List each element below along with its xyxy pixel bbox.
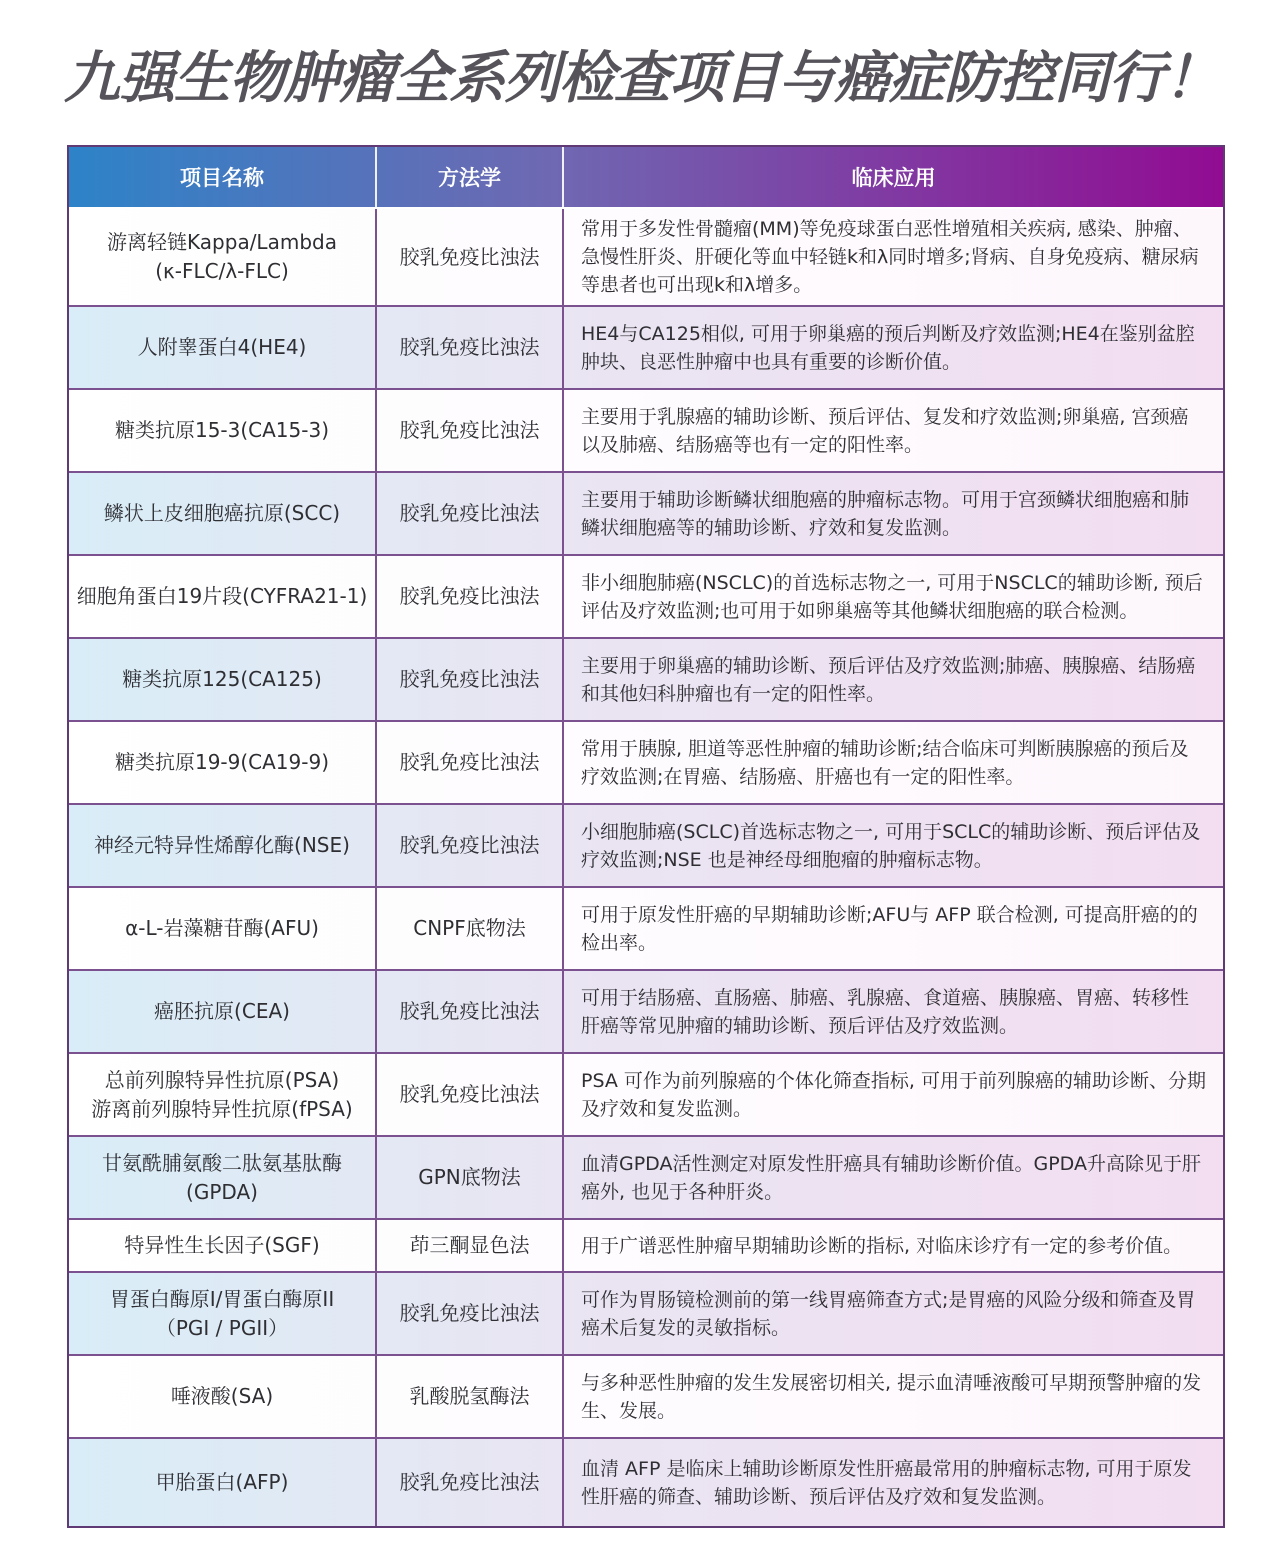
cell-project-name: 特异性生长因子(SGF) [69,1220,377,1271]
table-row: 糖类抗原19-9(CA19-9)胶乳免疫比浊法常用于胰腺, 胆道等恶性肿瘤的辅助… [69,720,1223,803]
header-cell-methodology: 方法学 [377,147,564,207]
cell-methodology: 胶乳免疫比浊法 [377,390,564,471]
project-name-line: 总前列腺特异性抗原(PSA) [105,1066,339,1095]
poster-page: 九强生物肿瘤全系列检查项目与癌症防控同行！ 项目名称 方法学 临床应用 游离轻链… [0,0,1280,1552]
table-row: 唾液酸(SA)乳酸脱氢酶法与多种恶性肿瘤的发生发展密切相关, 提示血清唾液酸可早… [69,1354,1223,1437]
project-name-line: 糖类抗原125(CA125) [122,665,322,694]
project-name-line: 神经元特异性烯醇化酶(NSE) [94,831,350,860]
cell-clinical-application: 非小细胞肺癌(NSCLC)的首选标志物之一, 可用于NSCLC的辅助诊断, 预后… [564,556,1223,637]
table-row: 甘氨酰脯氨酸二肽氨基肽酶(GPDA)GPN底物法血清GPDA活性测定对原发性肝癌… [69,1135,1223,1218]
cell-project-name: 人附睾蛋白4(HE4) [69,307,377,388]
cell-methodology: 胶乳免疫比浊法 [377,307,564,388]
cell-clinical-application: PSA 可作为前列腺癌的个体化筛查指标, 可用于前列腺癌的辅助诊断、分期及疗效和… [564,1054,1223,1135]
table-row: 细胞角蛋白19片段(CYFRA21-1)胶乳免疫比浊法非小细胞肺癌(NSCLC)… [69,554,1223,637]
header-cell-project-name: 项目名称 [69,147,377,207]
table-row: α-L-岩藻糖苷酶(AFU)CNPF底物法可用于原发性肝癌的早期辅助诊断;AFU… [69,886,1223,969]
cell-methodology: GPN底物法 [377,1137,564,1218]
cell-clinical-application: 与多种恶性肿瘤的发生发展密切相关, 提示血清唾液酸可早期预警肿瘤的发生、发展。 [564,1356,1223,1437]
table-row: 游离轻链Kappa/Lambda(κ-FLC/λ-FLC)胶乳免疫比浊法常用于多… [69,209,1223,305]
project-name-line: 细胞角蛋白19片段(CYFRA21-1) [77,582,368,611]
cell-project-name: 鳞状上皮细胞癌抗原(SCC) [69,473,377,554]
project-name-line: 糖类抗原15-3(CA15-3) [115,416,329,445]
cell-clinical-application: 血清 AFP 是临床上辅助诊断原发性肝癌最常用的肿瘤标志物, 可用于原发性肝癌的… [564,1439,1223,1526]
cell-project-name: α-L-岩藻糖苷酶(AFU) [69,888,377,969]
cell-clinical-application: 可用于结肠癌、直肠癌、肺癌、乳腺癌、食道癌、胰腺癌、胃癌、转移性肝癌等常见肿瘤的… [564,971,1223,1052]
cell-methodology: 胶乳免疫比浊法 [377,805,564,886]
cell-project-name: 糖类抗原19-9(CA19-9) [69,722,377,803]
cell-project-name: 糖类抗原125(CA125) [69,639,377,720]
cell-project-name: 总前列腺特异性抗原(PSA)游离前列腺特异性抗原(fPSA) [69,1054,377,1135]
cell-clinical-application: 可用于原发性肝癌的早期辅助诊断;AFU与 AFP 联合检测, 可提高肝癌的的检出… [564,888,1223,969]
cell-project-name: 细胞角蛋白19片段(CYFRA21-1) [69,556,377,637]
project-name-line: （PGI / PGII） [156,1314,288,1343]
cell-methodology: 胶乳免疫比浊法 [377,209,564,305]
cell-methodology: 胶乳免疫比浊法 [377,971,564,1052]
table-row: 总前列腺特异性抗原(PSA)游离前列腺特异性抗原(fPSA)胶乳免疫比浊法PSA… [69,1052,1223,1135]
cell-clinical-application: 可作为胃肠镜检测前的第一线胃癌筛查方式;是胃癌的风险分级和筛查及胃癌术后复发的灵… [564,1273,1223,1354]
cell-project-name: 神经元特异性烯醇化酶(NSE) [69,805,377,886]
page-title: 九强生物肿瘤全系列检查项目与癌症防控同行！ [64,34,1219,114]
cell-methodology: 胶乳免疫比浊法 [377,722,564,803]
cell-clinical-application: 常用于胰腺, 胆道等恶性肿瘤的辅助诊断;结合临床可判断胰腺癌的预后及疗效监测;在… [564,722,1223,803]
cell-methodology: 胶乳免疫比浊法 [377,473,564,554]
cell-methodology: 胶乳免疫比浊法 [377,1439,564,1526]
table-row: 甲胎蛋白(AFP)胶乳免疫比浊法血清 AFP 是临床上辅助诊断原发性肝癌最常用的… [69,1437,1223,1526]
project-name-line: 甲胎蛋白(AFP) [156,1468,289,1497]
header-cell-clinical-application: 临床应用 [564,147,1223,207]
cell-clinical-application: 小细胞肺癌(SCLC)首选标志物之一, 可用于SCLC的辅助诊断、预后评估及疗效… [564,805,1223,886]
table-row: 人附睾蛋白4(HE4)胶乳免疫比浊法HE4与CA125相似, 可用于卵巢癌的预后… [69,305,1223,388]
table-row: 特异性生长因子(SGF)茚三酮显色法用于广谱恶性肿瘤早期辅助诊断的指标, 对临床… [69,1218,1223,1271]
table-row: 神经元特异性烯醇化酶(NSE)胶乳免疫比浊法小细胞肺癌(SCLC)首选标志物之一… [69,803,1223,886]
project-name-line: α-L-岩藻糖苷酶(AFU) [125,914,319,943]
cell-project-name: 唾液酸(SA) [69,1356,377,1437]
cell-project-name: 胃蛋白酶原I/胃蛋白酶原II（PGI / PGII） [69,1273,377,1354]
table-header-row: 项目名称 方法学 临床应用 [69,147,1223,209]
project-name-line: 游离前列腺特异性抗原(fPSA) [91,1095,352,1124]
tumor-markers-table: 项目名称 方法学 临床应用 游离轻链Kappa/Lambda(κ-FLC/λ-F… [67,145,1225,1528]
project-name-line: 糖类抗原19-9(CA19-9) [115,748,329,777]
cell-project-name: 糖类抗原15-3(CA15-3) [69,390,377,471]
cell-methodology: 胶乳免疫比浊法 [377,556,564,637]
cell-methodology: 茚三酮显色法 [377,1220,564,1271]
project-name-line: 胃蛋白酶原I/胃蛋白酶原II [110,1285,334,1314]
cell-clinical-application: 用于广谱恶性肿瘤早期辅助诊断的指标, 对临床诊疗有一定的参考价值。 [564,1220,1223,1271]
cell-clinical-application: 常用于多发性骨髓瘤(MM)等免疫球蛋白恶性增殖相关疾病, 感染、肿瘤、急慢性肝炎… [564,209,1223,305]
project-name-line: 癌胚抗原(CEA) [154,997,290,1026]
cell-methodology: CNPF底物法 [377,888,564,969]
table-body: 游离轻链Kappa/Lambda(κ-FLC/λ-FLC)胶乳免疫比浊法常用于多… [69,209,1223,1526]
table-row: 鳞状上皮细胞癌抗原(SCC)胶乳免疫比浊法主要用于辅助诊断鳞状细胞癌的肿瘤标志物… [69,471,1223,554]
cell-clinical-application: HE4与CA125相似, 可用于卵巢癌的预后判断及疗效监测;HE4在鉴别盆腔肿块… [564,307,1223,388]
table-row: 糖类抗原125(CA125)胶乳免疫比浊法主要用于卵巢癌的辅助诊断、预后评估及疗… [69,637,1223,720]
project-name-line: 游离轻链Kappa/Lambda [107,228,337,257]
cell-methodology: 乳酸脱氢酶法 [377,1356,564,1437]
project-name-line: 人附睾蛋白4(HE4) [138,333,307,362]
cell-project-name: 甘氨酰脯氨酸二肽氨基肽酶(GPDA) [69,1137,377,1218]
cell-methodology: 胶乳免疫比浊法 [377,1054,564,1135]
cell-clinical-application: 主要用于乳腺癌的辅助诊断、预后评估、复发和疗效监测;卵巢癌, 宫颈癌以及肺癌、结… [564,390,1223,471]
table-row: 糖类抗原15-3(CA15-3)胶乳免疫比浊法主要用于乳腺癌的辅助诊断、预后评估… [69,388,1223,471]
project-name-line: 唾液酸(SA) [171,1382,273,1411]
cell-project-name: 甲胎蛋白(AFP) [69,1439,377,1526]
project-name-line: (κ-FLC/λ-FLC) [155,257,289,286]
cell-clinical-application: 血清GPDA活性测定对原发性肝癌具有辅助诊断价值。GPDA升高除见于肝癌外, 也… [564,1137,1223,1218]
cell-project-name: 癌胚抗原(CEA) [69,971,377,1052]
cell-clinical-application: 主要用于辅助诊断鳞状细胞癌的肿瘤标志物。可用于宫颈鳞状细胞癌和肺鳞状细胞癌等的辅… [564,473,1223,554]
project-name-line: 特异性生长因子(SGF) [124,1231,319,1260]
table-row: 癌胚抗原(CEA)胶乳免疫比浊法可用于结肠癌、直肠癌、肺癌、乳腺癌、食道癌、胰腺… [69,969,1223,1052]
project-name-line: 甘氨酰脯氨酸二肽氨基肽酶(GPDA) [73,1149,371,1207]
cell-methodology: 胶乳免疫比浊法 [377,1273,564,1354]
cell-methodology: 胶乳免疫比浊法 [377,639,564,720]
cell-clinical-application: 主要用于卵巢癌的辅助诊断、预后评估及疗效监测;肺癌、胰腺癌、结肠癌和其他妇科肿瘤… [564,639,1223,720]
table-row: 胃蛋白酶原I/胃蛋白酶原II（PGI / PGII）胶乳免疫比浊法可作为胃肠镜检… [69,1271,1223,1354]
project-name-line: 鳞状上皮细胞癌抗原(SCC) [104,499,340,528]
cell-project-name: 游离轻链Kappa/Lambda(κ-FLC/λ-FLC) [69,209,377,305]
